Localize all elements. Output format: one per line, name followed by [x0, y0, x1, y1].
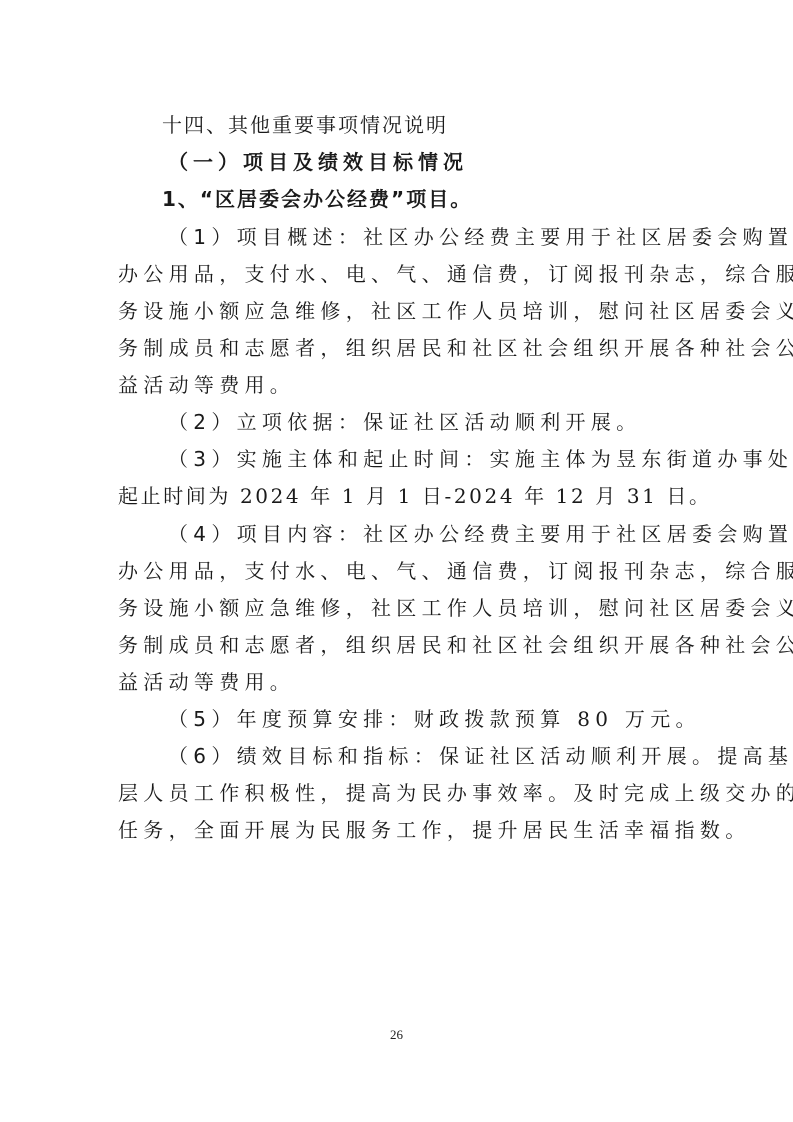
body-line: 办公用品，支付水、电、气、通信费，订阅报刊杂志，综合服 — [118, 261, 793, 287]
item-label: （1）项目概述： — [168, 225, 363, 249]
item-label: （5）年度预算安排： — [168, 707, 414, 731]
item-basis: （2）立项依据：保证社区活动顺利开展。 — [168, 409, 641, 435]
body-line: 务制成员和志愿者，组织居民和社区社会组织开展各种社会公 — [118, 632, 793, 658]
item-label: （6）绩效目标和指标： — [168, 744, 439, 768]
body-line: 益活动等费用。 — [118, 669, 295, 695]
body-line: 任务，全面开展为民服务工作，提升居民生活幸福指数。 — [118, 817, 751, 843]
item-overview-first-line: （1）项目概述：社区办公经费主要用于社区居委会购置 — [168, 224, 793, 250]
subsection-heading: （一）项目及绩效目标情况 — [168, 149, 468, 175]
body-line: 务设施小额应急维修，社区工作人员培训，慰问社区居委会义 — [118, 298, 793, 324]
body-line: 益活动等费用。 — [118, 372, 295, 398]
body-line: 办公用品，支付水、电、气、通信费，订阅报刊杂志，综合服 — [118, 558, 793, 584]
body-line: 层人员工作积极性，提高为民办事效率。及时完成上级交办的 — [118, 780, 793, 806]
item-content: （4）项目内容：社区办公经费主要用于社区居委会购置 — [168, 521, 793, 547]
section-heading: 十四、其他重要事项情况说明 — [162, 112, 448, 138]
item-implementer: （3）实施主体和起止时间：实施主体为昱东街道办事处， — [168, 446, 793, 472]
project-heading: 1、“区居委会办公经费”项目。 — [162, 186, 472, 212]
item-label: （2）立项依据： — [168, 410, 363, 434]
page-number: 26 — [0, 1027, 793, 1043]
body-line: 起止时间为 2024 年 1 月 1 日-2024 年 12 月 31 日。 — [118, 483, 712, 509]
item-budget: （5）年度预算安排：财政拨款预算 80 万元。 — [168, 706, 701, 732]
body-line: 务设施小额应急维修，社区工作人员培训，慰问社区居委会义 — [118, 595, 793, 621]
item-targets: （6）绩效目标和指标：保证社区活动顺利开展。提高基 — [168, 743, 793, 769]
item-label: （4）项目内容： — [168, 522, 363, 546]
item-label: （3）实施主体和起止时间： — [168, 447, 490, 471]
body-line: 务制成员和志愿者，组织居民和社区社会组织开展各种社会公 — [118, 335, 793, 361]
